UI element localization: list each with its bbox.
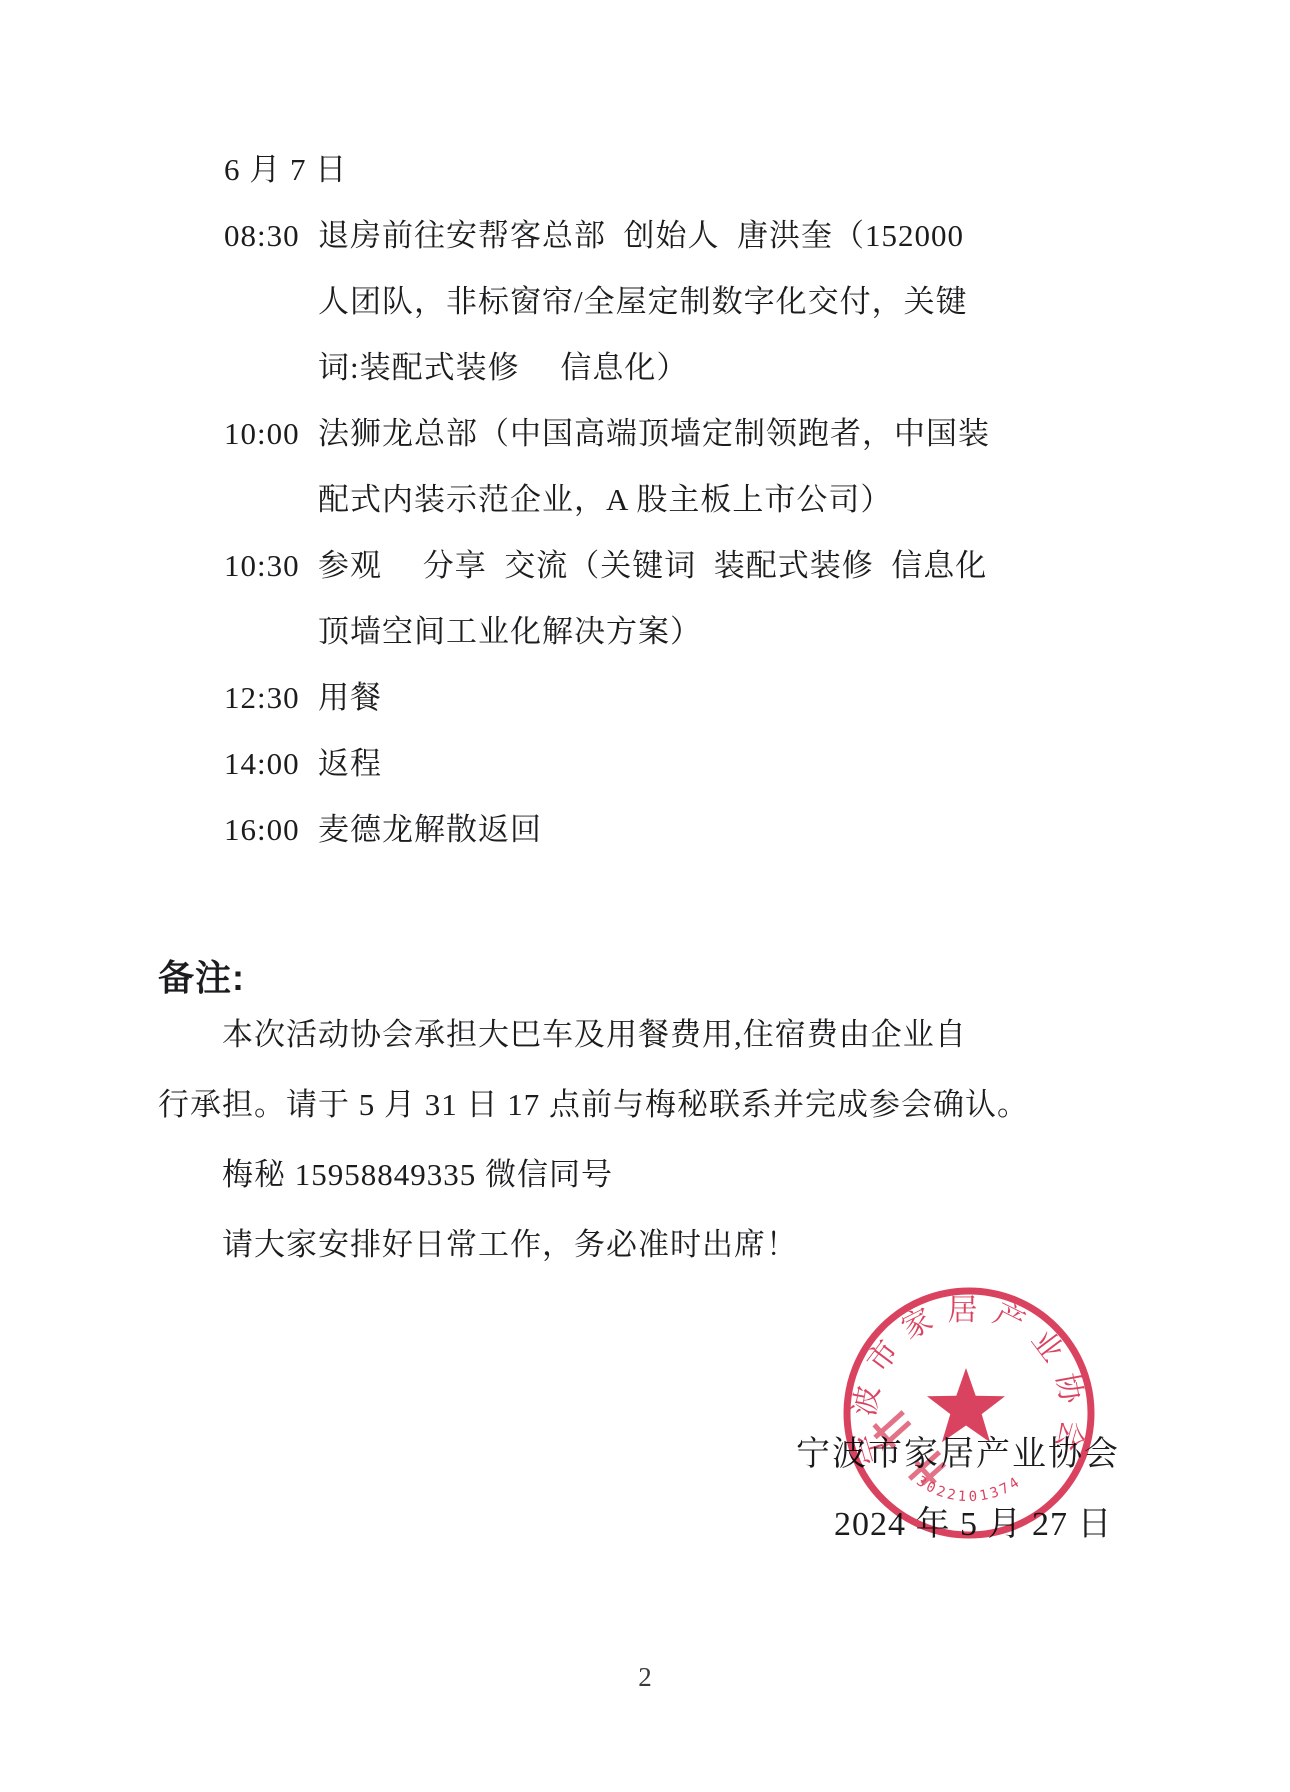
schedule-text-line: 用餐 (318, 665, 1018, 731)
schedule-item: 16:00 麦德龙解散返回 (224, 797, 1290, 863)
schedule-section: 6 月 7 日 08:30 退房前往安帮客总部 创始人 唐洪奎（152000人团… (0, 0, 1290, 863)
schedule-item-time: 14:00 (224, 731, 318, 797)
schedule-item: 10:00 法狮龙总部（中国高端顶墙定制领跑者，中国装配式内装示范企业，A 股主… (224, 401, 1290, 533)
schedule-item-text: 参观 分享 交流（关键词 装配式装修 信息化顶墙空间工业化解决方案） (318, 533, 1018, 665)
schedule-item-time: 10:30 (224, 533, 318, 599)
notes-heading: 备注: (158, 956, 1290, 1000)
schedule-item: 12:30 用餐 (224, 665, 1290, 731)
schedule-item-text: 麦德龙解散返回 (318, 797, 1018, 863)
schedule-text-line: 退房前往安帮客总部 创始人 唐洪奎（152000 (318, 203, 1018, 269)
notes-line: 请大家安排好日常工作，务必准时出席！ (158, 1210, 1158, 1280)
schedule-item: 10:30 参观 分享 交流（关键词 装配式装修 信息化顶墙空间工业化解决方案） (224, 533, 1290, 665)
official-seal: 宁波市家居产业协会 3022101374 (838, 1282, 1100, 1544)
schedule-item-time: 08:30 (224, 203, 318, 269)
schedule-item-text: 法狮龙总部（中国高端顶墙定制领跑者，中国装配式内装示范企业，A 股主板上市公司） (318, 401, 1018, 533)
schedule-text-line: 法狮龙总部（中国高端顶墙定制领跑者，中国装 (318, 401, 1018, 467)
schedule-item: 14:00 返程 (224, 731, 1290, 797)
notes-body: 本次活动协会承担大巴车及用餐费用,住宿费由企业自 行承担。请于 5 月 31 日… (158, 1000, 1290, 1280)
schedule-text-line: 词:装配式装修 信息化） (318, 335, 1018, 401)
seal-star (927, 1368, 1005, 1442)
document-page: 6 月 7 日 08:30 退房前往安帮客总部 创始人 唐洪奎（152000人团… (0, 0, 1290, 1792)
schedule-item-time: 16:00 (224, 797, 318, 863)
schedule-item: 08:30 退房前往安帮客总部 创始人 唐洪奎（152000人团队，非标窗帘/全… (224, 203, 1290, 401)
schedule-item-time: 12:30 (224, 665, 318, 731)
schedule-text-line: 返程 (318, 731, 1018, 797)
notes-line: 本次活动协会承担大巴车及用餐费用,住宿费由企业自 (158, 1000, 1158, 1070)
schedule-text-line: 顶墙空间工业化解决方案） (318, 599, 1018, 665)
page-number: 2 (0, 1662, 1290, 1693)
schedule-text-line: 人团队，非标窗帘/全屋定制数字化交付，关键 (318, 269, 1018, 335)
schedule-item-time: 10:00 (224, 401, 318, 467)
notes-line: 梅秘 15958849335 微信同号 (158, 1140, 1158, 1210)
schedule-date-header: 6 月 7 日 (224, 137, 1290, 203)
schedule-item-text: 退房前往安帮客总部 创始人 唐洪奎（152000人团队，非标窗帘/全屋定制数字化… (318, 203, 1018, 401)
schedule-item-text: 用餐 (318, 665, 1018, 731)
schedule-text-line: 参观 分享 交流（关键词 装配式装修 信息化 (318, 533, 1018, 599)
notes-section: 备注: 本次活动协会承担大巴车及用餐费用,住宿费由企业自 行承担。请于 5 月 … (0, 863, 1290, 1280)
schedule-text-line: 麦德龙解散返回 (318, 797, 1018, 863)
notes-line: 行承担。请于 5 月 31 日 17 点前与梅秘联系并完成参会确认。 (158, 1070, 1158, 1140)
schedule-items: 08:30 退房前往安帮客总部 创始人 唐洪奎（152000人团队，非标窗帘/全… (224, 203, 1290, 863)
schedule-text-line: 配式内装示范企业，A 股主板上市公司） (318, 467, 1018, 533)
schedule-item-text: 返程 (318, 731, 1018, 797)
